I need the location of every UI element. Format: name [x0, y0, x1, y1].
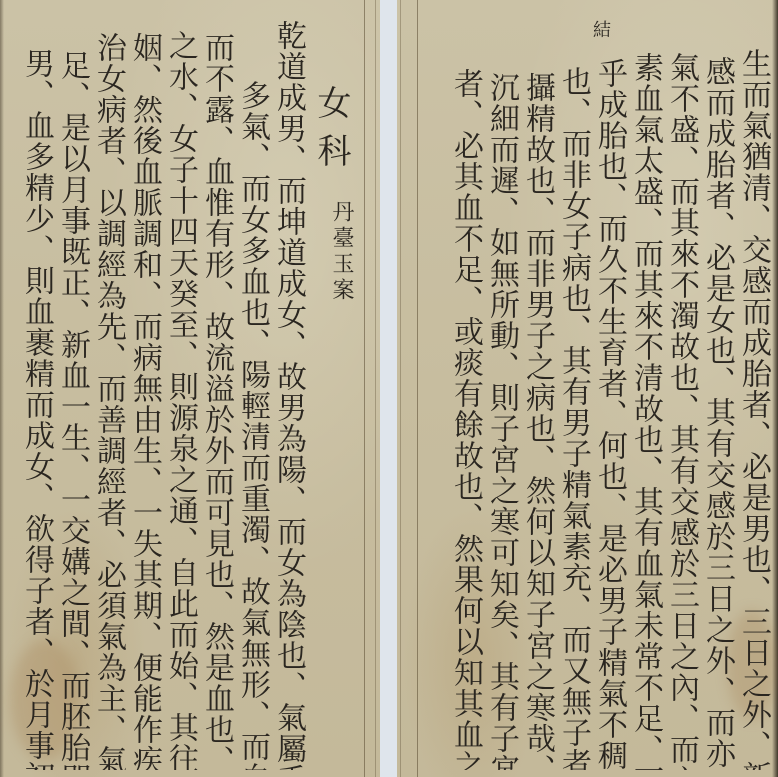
text-column: 沉細而遲、如無所動、則子宮之寒可知矣、其有子宮不寒而亦無子: [485, 72, 519, 770]
binding-fold-line: [400, 0, 401, 777]
text-column: 攝精故也、而非男子之病也、然何以知子宮之寒哉、蓋女子尺脈常微、若: [521, 72, 555, 770]
text-column: 足、是以月事既正、新血一生、一交媾之間、而胚胎即結、血少精多、則精裹血而成: [56, 50, 90, 770]
binding-fold-line: [417, 0, 418, 777]
text-column: 乎成胎也、而久不生育者、何也、是必男子精氣不稠、或精寒不相交接故: [593, 58, 627, 770]
text-column: 多氣、而女多血也、陽輕清而重濁、故氣無形、而血有形也、氣惟無形、故充滿於中: [236, 80, 270, 770]
right-manuscript-page: 結 生而氣猶清、交感而成胎者、必是男也、三日之外、新血漸多、而氣已濁、交 感而成…: [397, 0, 778, 777]
text-column: 感而成胎者、必是女也、其有交感於三日之外、而亦生男者、必是平素血: [701, 56, 735, 770]
text-column: 之水、女子十四天癸至、則源泉之通、自此而始、其往來有信、如潮汐之不愆、其: [164, 30, 198, 770]
text-column: 也、而非女子病也、其有男子精氣素充、而又無子者、是必女子子宮寒、不能: [557, 66, 591, 770]
right-page-body: 生而氣猶清、交感而成胎者、必是男也、三日之外、新血漸多、而氣已濁、交 感而成胎者…: [421, 0, 778, 777]
text-column: 素血氣太盛、而其來不清故也、其有血氣未常不足、而月事又調宜: [629, 52, 663, 770]
text-column: 男、血多精少、則血裹精而成女、欲得子者、於月事初止之後、三日之內、新血始: [20, 48, 54, 770]
text-column: 治女病者、以調經為先、而善調經者、必須氣為主、氣順則經自調、經調則血常: [92, 32, 126, 770]
binding-fold-line: [364, 0, 365, 777]
left-page-body: 乾道成男、而坤道成女、故男為陽、而女為陰也、氣屬乎陽、而血屬乎陰、故男 多氣、而…: [14, 0, 314, 777]
text-column: 乾道成男、而坤道成女、故男為陽、而女為陰也、氣屬乎陽、而血屬乎陰、故男: [272, 20, 306, 770]
text-column: 生而氣猶清、交感而成胎者、必是男也、三日之外、新血漸多、而氣已濁、交: [737, 48, 771, 770]
section-title: 女科: [307, 85, 356, 181]
text-column: 氣不盛、而其來不濁故也、其有交感於三日之內、而亦有生女者、必其平: [665, 52, 699, 770]
left-manuscript-page: 女科 丹臺玉案 乾道成男、而坤道成女、故男為陽、而女為陰也、氣屬乎陽、而血屬乎陰…: [0, 0, 380, 777]
text-column: 姻、然後血脈調和、而病無由生、一失其期、便能作疾、而生育之機、亦因以窒矣、故: [128, 32, 162, 770]
text-column: 而不露、血惟有形、故流溢於外而可見也、然是血也、以其初而言之、即先天真一: [200, 32, 234, 770]
text-column: 者、必其血不足、或痰有餘故也、然果何以知其血之不足、痰之有餘哉、: [449, 68, 483, 770]
binding-fold-line: [375, 0, 376, 777]
page-edge-shadow: [0, 0, 4, 777]
author-attribution: 丹臺玉案: [326, 200, 357, 304]
